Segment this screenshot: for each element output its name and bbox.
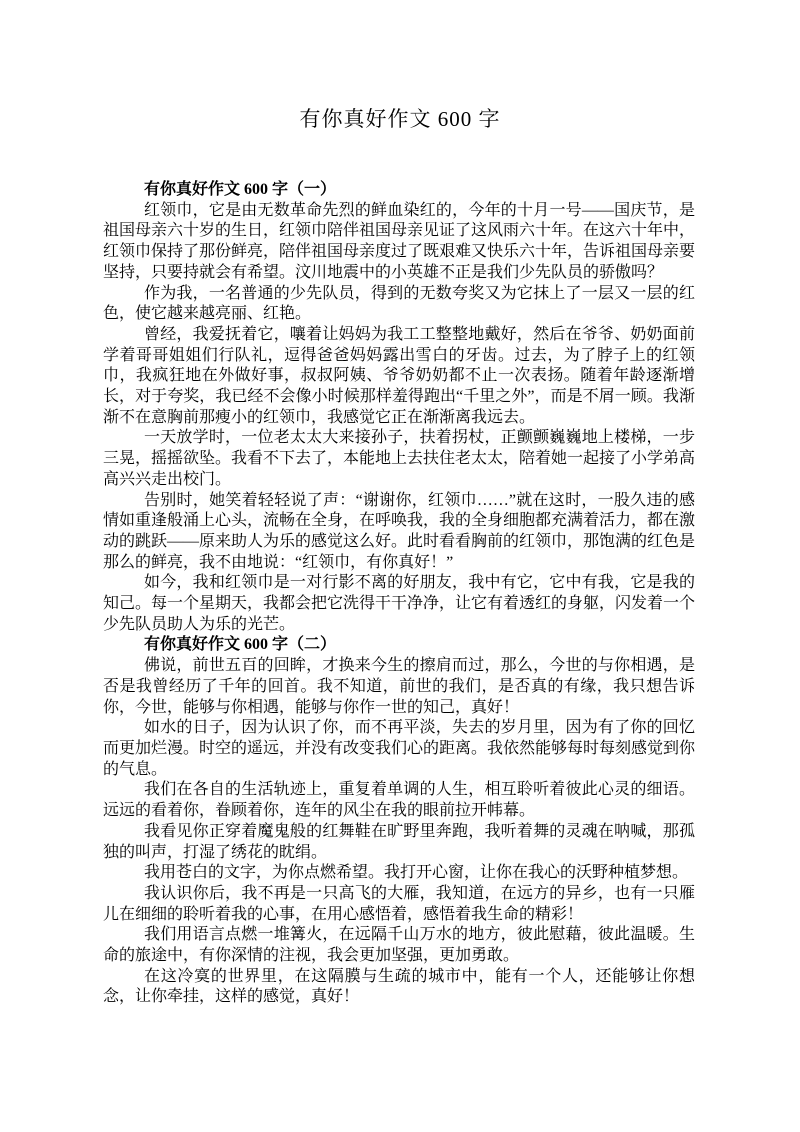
essay-paragraph: 如水的日子，因为认识了你，而不再平淡，失去的岁月里，因为有了你的回忆而更加烂漫。… <box>103 718 695 780</box>
essay-paragraph: 我们用语言点燃一堆篝火，在远隔千山万水的地方，彼此慰藉，彼此温暖。生命的旅途中，… <box>103 925 695 966</box>
essay-paragraph: 佛说，前世五百的回眸，才换来今生的擦肩而过，那么，今世的与你相遇，是否是我曾经历… <box>103 656 695 718</box>
essay-paragraph: 曾经，我爱抚着它，嚷着让妈妈为我工工整整地戴好，然后在爷爷、奶奶面前学着哥哥姐姐… <box>103 325 695 429</box>
section-heading-2: 有你真好作文 600 字（二） <box>103 635 695 656</box>
essay-paragraph: 一天放学时，一位老太太大来接孙子，扶着拐杖，正颤颤巍巍地上楼梯，一步三晃，摇摇欲… <box>103 428 695 490</box>
essay-paragraph: 如今，我和红领巾是一对行影不离的好朋友，我中有它，它中有我，它是我的知己。每一个… <box>103 573 695 635</box>
essay-paragraph: 在这冷寞的世界里，在这隔膜与生疏的城市中，能有一个人，还能够让你想念，让你牵挂，… <box>103 967 695 1008</box>
essay-paragraph: 我们在各自的生活轨迹上，重复着单调的人生，相互聆听着彼此心灵的细语。远远的看着你… <box>103 780 695 821</box>
essay-paragraph: 我认识你后，我不再是一只高飞的大雁，我知道，在远方的异乡，也有一只雁儿在细细的聆… <box>103 884 695 925</box>
essay-paragraph: 告别时，她笑着轻轻说了声：“谢谢你，红领巾……”就在这时，一股久违的感情如重逢般… <box>103 491 695 574</box>
document-body: 有你真好作文 600 字（一） 红领巾，它是由无数革命先烈的鲜血染红的，今年的十… <box>103 180 695 1008</box>
essay-paragraph: 作为我，一名普通的少先队员，得到的无数夸奖又为它抹上了一层又一层的红色，使它越来… <box>103 284 695 325</box>
essay-paragraph: 我用苍白的文字，为你点燃希望。我打开心窗，让你在我心的沃野种植梦想。 <box>103 863 695 884</box>
essay-paragraph: 红领巾，它是由无数革命先烈的鲜血染红的，今年的十月一号——国庆节，是祖国母亲六十… <box>103 201 695 284</box>
document-title: 有你真好作文 600 字 <box>0 0 800 134</box>
essay-paragraph: 我看见你正穿着魔鬼般的红舞鞋在旷野里奔跑，我听着舞的灵魂在呐喊，那孤独的叫声，打… <box>103 822 695 863</box>
document-page: 有你真好作文 600 字 有你真好作文 600 字（一） 红领巾，它是由无数革命… <box>0 0 800 1132</box>
section-heading-1: 有你真好作文 600 字（一） <box>103 180 695 201</box>
